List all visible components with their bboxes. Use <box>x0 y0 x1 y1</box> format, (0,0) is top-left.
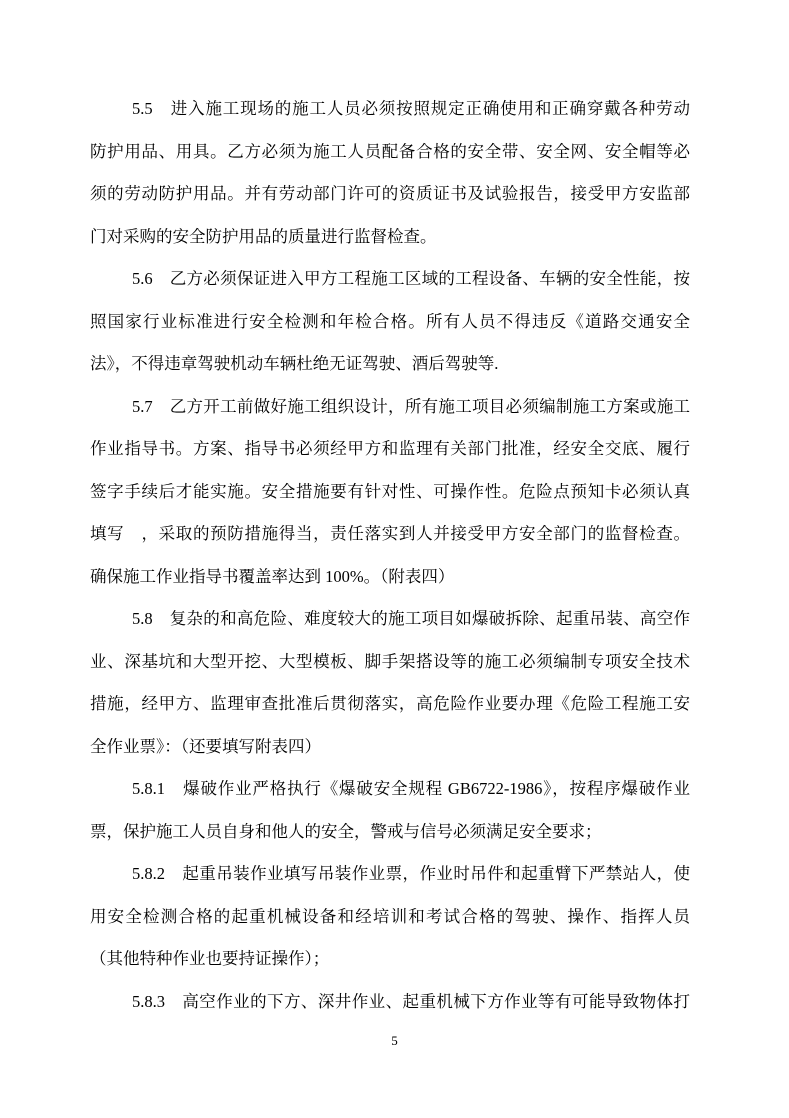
text-line: 照国家行业标准进行安全检测和年检合格。所有人员不得违反《道路交通安全 <box>90 301 690 344</box>
text-line: 5.8.3 高空作业的下方、深井作业、起重机械下方作业等有可能导致物体打 <box>90 981 690 1024</box>
text-line: （其他特种作业也要持证操作）； <box>90 938 690 981</box>
paragraph-5.8.2: 5.8.2 起重吊装作业填写吊装作业票，作业时吊件和起重臂下严禁站人，使用安全检… <box>90 853 690 981</box>
document-body: 5.5 进入施工现场的施工人员必须按照规定正确使用和正确穿戴各种劳动防护用品、用… <box>90 88 690 1023</box>
text-line: 5.5 进入施工现场的施工人员必须按照规定正确使用和正确穿戴各种劳动 <box>90 88 690 131</box>
text-line: 5.7 乙方开工前做好施工组织设计，所有施工项目必须编制施工方案或施工 <box>90 386 690 429</box>
text-line: 5.8 复杂的和高危险、难度较大的施工项目如爆破拆除、起重吊装、高空作 <box>90 598 690 641</box>
text-line: 票，保护施工人员自身和他人的安全，警戒与信号必须满足安全要求； <box>90 811 690 854</box>
paragraph-5.8: 5.8 复杂的和高危险、难度较大的施工项目如爆破拆除、起重吊装、高空作业、深基坑… <box>90 598 690 768</box>
text-line: 签字手续后才能实施。安全措施要有针对性、可操作性。危险点预知卡必须认真 <box>90 471 690 514</box>
text-line: 业、深基坑和大型开挖、大型模板、脚手架搭设等的施工必须编制专项安全技术 <box>90 641 690 684</box>
page-number: 5 <box>391 1033 398 1048</box>
page-footer: 5 <box>0 1031 789 1051</box>
text-line: 作业指导书。方案、指导书必须经甲方和监理有关部门批准，经安全交底、履行 <box>90 428 690 471</box>
text-line: 门对采购的安全防护用品的质量进行监督检查。 <box>90 216 690 259</box>
paragraph-5.8.1: 5.8.1 爆破作业严格执行《爆破安全规程 GB6722-1986》，按程序爆破… <box>90 768 690 853</box>
document-page: 5.5 进入施工现场的施工人员必须按照规定正确使用和正确穿戴各种劳动防护用品、用… <box>0 0 789 1118</box>
text-line: 填写 ，采取的预防措施得当，责任落实到人并接受甲方安全部门的监督检查。 <box>90 513 690 556</box>
paragraph-5.8.3: 5.8.3 高空作业的下方、深井作业、起重机械下方作业等有可能导致物体打 <box>90 981 690 1024</box>
text-line: 5.8.1 爆破作业严格执行《爆破安全规程 GB6722-1986》，按程序爆破… <box>90 768 690 811</box>
text-line: 措施，经甲方、监理审查批准后贯彻落实，高危险作业要办理《危险工程施工安 <box>90 683 690 726</box>
paragraph-5.6: 5.6 乙方必须保证进入甲方工程施工区域的工程设备、车辆的安全性能，按照国家行业… <box>90 258 690 386</box>
text-line: 法》，不得违章驾驶机动车辆杜绝无证驾驶、酒后驾驶等. <box>90 343 690 386</box>
paragraph-5.7: 5.7 乙方开工前做好施工组织设计，所有施工项目必须编制施工方案或施工作业指导书… <box>90 386 690 599</box>
text-line: 须的劳动防护用品。并有劳动部门许可的资质证书及试验报告，接受甲方安监部 <box>90 173 690 216</box>
text-line: 5.6 乙方必须保证进入甲方工程施工区域的工程设备、车辆的安全性能，按 <box>90 258 690 301</box>
paragraph-5.5: 5.5 进入施工现场的施工人员必须按照规定正确使用和正确穿戴各种劳动防护用品、用… <box>90 88 690 258</box>
text-line: 5.8.2 起重吊装作业填写吊装作业票，作业时吊件和起重臂下严禁站人，使 <box>90 853 690 896</box>
text-line: 全作业票》：（还要填写附表四） <box>90 726 690 769</box>
text-line: 确保施工作业指导书覆盖率达到 100%。（附表四） <box>90 556 690 599</box>
text-line: 防护用品、用具。乙方必须为施工人员配备合格的安全带、安全网、安全帽等必 <box>90 131 690 174</box>
text-line: 用安全检测合格的起重机械设备和经培训和考试合格的驾驶、操作、指挥人员 <box>90 896 690 939</box>
